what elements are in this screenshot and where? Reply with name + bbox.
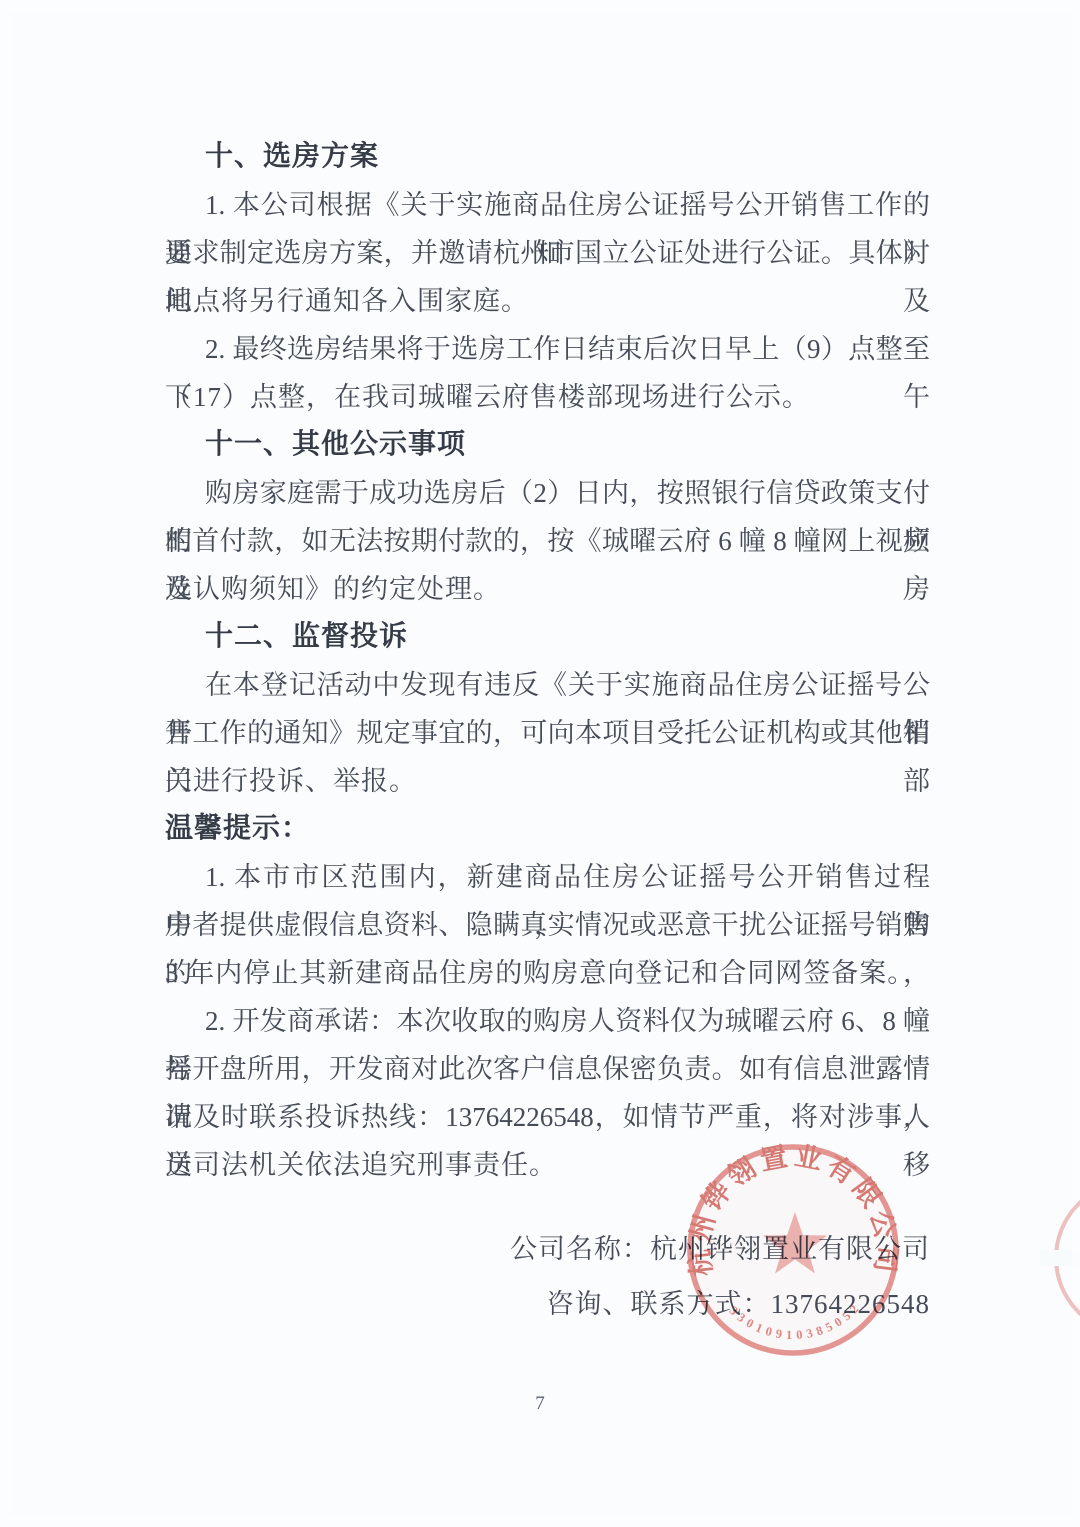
text-line: 2. 最终选房结果将于选房工作日结束后次日早上（9）点整至下午 [165,325,930,373]
text-line: 的首付款，如无法按期付款的，按《珹曜云府 6 幢 8 幢网上视频选房 [165,517,930,565]
section-heading: 十、选房方案 [165,133,930,181]
text-line: 1. 本公司根据《关于实施商品住房公证摇号公开销售工作的通知》 [165,181,930,229]
text-line: 购房家庭需于成功选房后（2）日内，按照银行信贷政策支付相应 [165,469,930,517]
text-line: 3 年内停止其新建商品住房的购房意向登记和合同网签备案。 [165,949,930,997]
partial-seal-edge [1040,1178,1080,1338]
page-number: 7 [0,1393,1080,1415]
text-line: 号开盘所用，开发商对此次客户信息保密负责。如有信息泄露情况， [165,1045,930,1093]
section-heading: 十一、其他公示事项 [165,421,930,469]
text-line: 要求制定选房方案，并邀请杭州市国立公证处进行公证。具体时间及 [165,229,930,277]
document-body: 十、选房方案 1. 本公司根据《关于实施商品住房公证摇号公开销售工作的通知》 要… [165,133,930,1189]
section-heading: 十二、监督投诉 [165,613,930,661]
document-page: 十、选房方案 1. 本公司根据《关于实施商品住房公证摇号公开销售工作的通知》 要… [0,0,1080,1527]
company-seal: 杭州铧翎置业有限公司 33010910385052 [681,1138,905,1362]
text-line: 1. 本市市区范围内，新建商品住房公证摇号公开销售过程中，购 [165,853,930,901]
section-heading: 温馨提示： [165,805,930,853]
text-line: 2. 开发商承诺：本次收取的购房人资料仅为珹曜云府 6、8 幢摇 [165,997,930,1045]
text-line: 房者提供虚假信息资料、隐瞒真实情况或恶意干扰公证摇号销售的， [165,901,930,949]
text-line: 售工作的通知》规定事宜的，可向本项目受托公证机构或其他相关部 [165,709,930,757]
text-line: 请及时联系投诉热线：13764226548，如情节严重，将对涉事人员移 [165,1093,930,1141]
text-line: 在本登记活动中发现有违反《关于实施商品住房公证摇号公开销 [165,661,930,709]
